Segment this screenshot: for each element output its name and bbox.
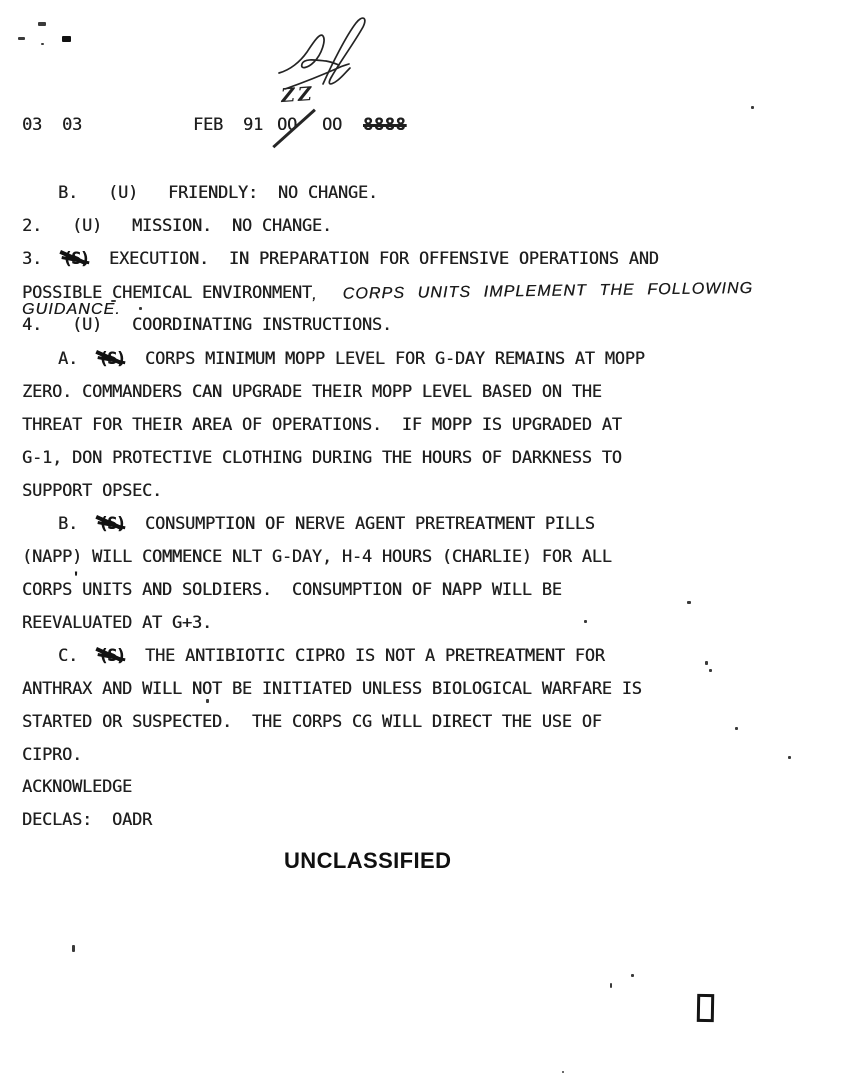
scan-speck [709, 669, 712, 672]
doc-line: G-1, DON PROTECTIVE CLOTHING DURING THE … [22, 448, 622, 468]
scan-speck [62, 36, 71, 42]
scan-speck [41, 43, 44, 45]
scan-speck [788, 756, 791, 759]
doc-line: 2. (U) MISSION. NO CHANGE. [22, 216, 332, 236]
doc-line: ACKNOWLEDGE [22, 777, 132, 797]
doc-line: THREAT FOR THEIR AREA OF OPERATIONS. IF … [22, 415, 622, 435]
scan-speck [72, 945, 75, 952]
scan-speck [610, 983, 612, 988]
doc-line: B. (U) FRIENDLY: NO CHANGE. [58, 183, 378, 203]
doc-line: 4. (U) COORDINATING INSTRUCTIONS. [22, 315, 392, 335]
scan-speck [139, 307, 142, 310]
handwritten-apostrophe: ' [74, 568, 78, 588]
struck-classification-mark: (S) [98, 646, 125, 666]
header-serials: 03 03 [22, 115, 82, 135]
registration-box [697, 994, 714, 1022]
scan-speck [18, 37, 25, 40]
struck-classification-mark: (S) [62, 249, 89, 269]
signature-scribble-icon [276, 10, 378, 96]
doc-line: ANTHRAX AND WILL NOT BE INITIATED UNLESS… [22, 679, 642, 699]
doc-line: CORPS UNITS AND SOLDIERS. CONSUMPTION OF… [22, 580, 562, 600]
doc-line: DECLAS: OADR [22, 810, 152, 830]
doc-line: STARTED OR SUSPECTED. THE CORPS CG WILL … [22, 712, 602, 732]
classification-stamp: UNCLASSIFIED [284, 848, 451, 874]
scan-speck [562, 1071, 564, 1073]
handwritten-correction: ZZ [280, 83, 315, 107]
doc-line: CIPRO. [22, 745, 82, 765]
header-time-group: OO [322, 115, 342, 135]
header-crossed-group: OO [277, 115, 297, 135]
scan-speck [584, 620, 587, 623]
scan-speck [705, 661, 708, 665]
struck-classification-mark: (S) [98, 349, 125, 369]
header-struck-group: 8888 [363, 115, 406, 135]
header-date: FEB 91 [193, 115, 263, 135]
doc-line: (NAPP) WILL COMMENCE NLT G-DAY, H-4 HOUR… [22, 547, 612, 567]
struck-classification-mark: (S) [98, 514, 125, 534]
doc-line: A. (S) CORPS MINIMUM MOPP LEVEL FOR G-DA… [58, 349, 645, 369]
scan-speck [687, 601, 691, 604]
scan-speck [111, 300, 116, 302]
doc-line: REEVALUATED AT G+3. [22, 613, 212, 633]
scan-speck [631, 974, 634, 977]
doc-line: POSSIBLE CHEMICAL ENVIRONMENT, CORPS UNI… [22, 283, 753, 304]
doc-line: B. (S) CONSUMPTION OF NERVE AGENT PRETRE… [58, 514, 595, 534]
handwritten-note: , CORPS UNITS IMPLEMENT THE FOLLOWING [312, 279, 753, 305]
scan-speck [751, 106, 754, 109]
doc-line: 3. (S) EXECUTION. IN PREPARATION FOR OFF… [22, 249, 659, 269]
scan-speck [38, 22, 46, 26]
scan-speck [735, 727, 738, 730]
doc-line: SUPPORT OPSEC. [22, 481, 162, 501]
doc-line: ZERO. COMMANDERS CAN UPGRADE THEIR MOPP … [22, 382, 602, 402]
scan-speck [206, 699, 209, 703]
doc-line: C. (S) THE ANTIBIOTIC CIPRO IS NOT A PRE… [58, 646, 605, 666]
scanned-military-message: ZZ 03 03 FEB 91 OO OO 8888 B. (U) FRIEND… [0, 0, 850, 1091]
